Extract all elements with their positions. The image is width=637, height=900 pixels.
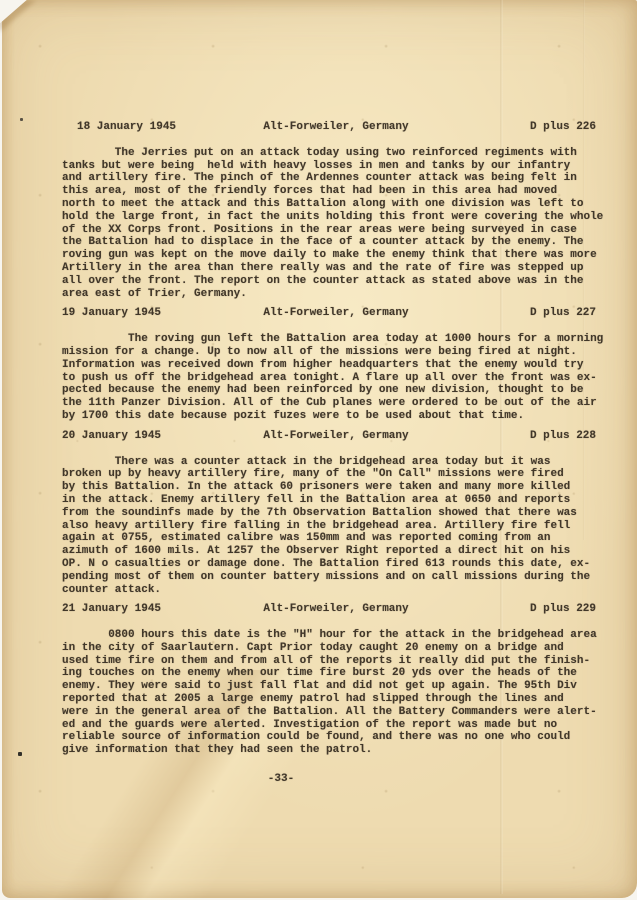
entry-body: The roving gun left the Battalion area t…	[62, 333, 610, 423]
entry-location: Alt-Forweiler, Germany	[172, 430, 500, 443]
entry-day-count: D plus 228	[500, 430, 610, 443]
paper-speck	[18, 752, 22, 756]
entry-header: 20 January 1945 Alt-Forweiler, Germany D…	[62, 430, 610, 443]
paper-speck	[20, 118, 23, 121]
scanned-page: 18 January 1945 Alt-Forweiler, Germany D…	[0, 0, 637, 900]
entry-date: 19 January 1945	[62, 307, 172, 320]
entry-date: 18 January 1945	[62, 121, 172, 134]
entry-body: The Jerries put on an attack today using…	[62, 147, 610, 301]
entry-header: 18 January 1945 Alt-Forweiler, Germany D…	[62, 121, 610, 134]
entry-day-count: D plus 226	[500, 121, 610, 134]
entry-body: There was a counter attack in the bridge…	[62, 456, 610, 597]
diary-entry: 18 January 1945 Alt-Forweiler, Germany D…	[62, 121, 610, 300]
entry-body: 0800 hours this date is the "H" hour for…	[62, 629, 610, 757]
entry-header: 21 January 1945 Alt-Forweiler, Germany D…	[62, 603, 610, 616]
page-content: 18 January 1945 Alt-Forweiler, Germany D…	[62, 121, 610, 786]
entry-location: Alt-Forweiler, Germany	[172, 603, 500, 616]
diary-entry: 19 January 1945 Alt-Forweiler, Germany D…	[62, 307, 610, 422]
entry-day-count: D plus 229	[500, 603, 610, 616]
entry-date: 21 January 1945	[62, 603, 172, 616]
diary-entry: 20 January 1945 Alt-Forweiler, Germany D…	[62, 430, 610, 597]
entry-day-count: D plus 227	[500, 307, 610, 320]
page-corner-fold	[0, 0, 29, 25]
entry-header: 19 January 1945 Alt-Forweiler, Germany D…	[62, 307, 610, 320]
diary-entries: 18 January 1945 Alt-Forweiler, Germany D…	[62, 121, 610, 757]
entry-location: Alt-Forweiler, Germany	[172, 121, 500, 134]
diary-entry: 21 January 1945 Alt-Forweiler, Germany D…	[62, 603, 610, 757]
entry-location: Alt-Forweiler, Germany	[172, 307, 500, 320]
page-number: -33-	[7, 773, 555, 786]
entry-date: 20 January 1945	[62, 430, 172, 443]
